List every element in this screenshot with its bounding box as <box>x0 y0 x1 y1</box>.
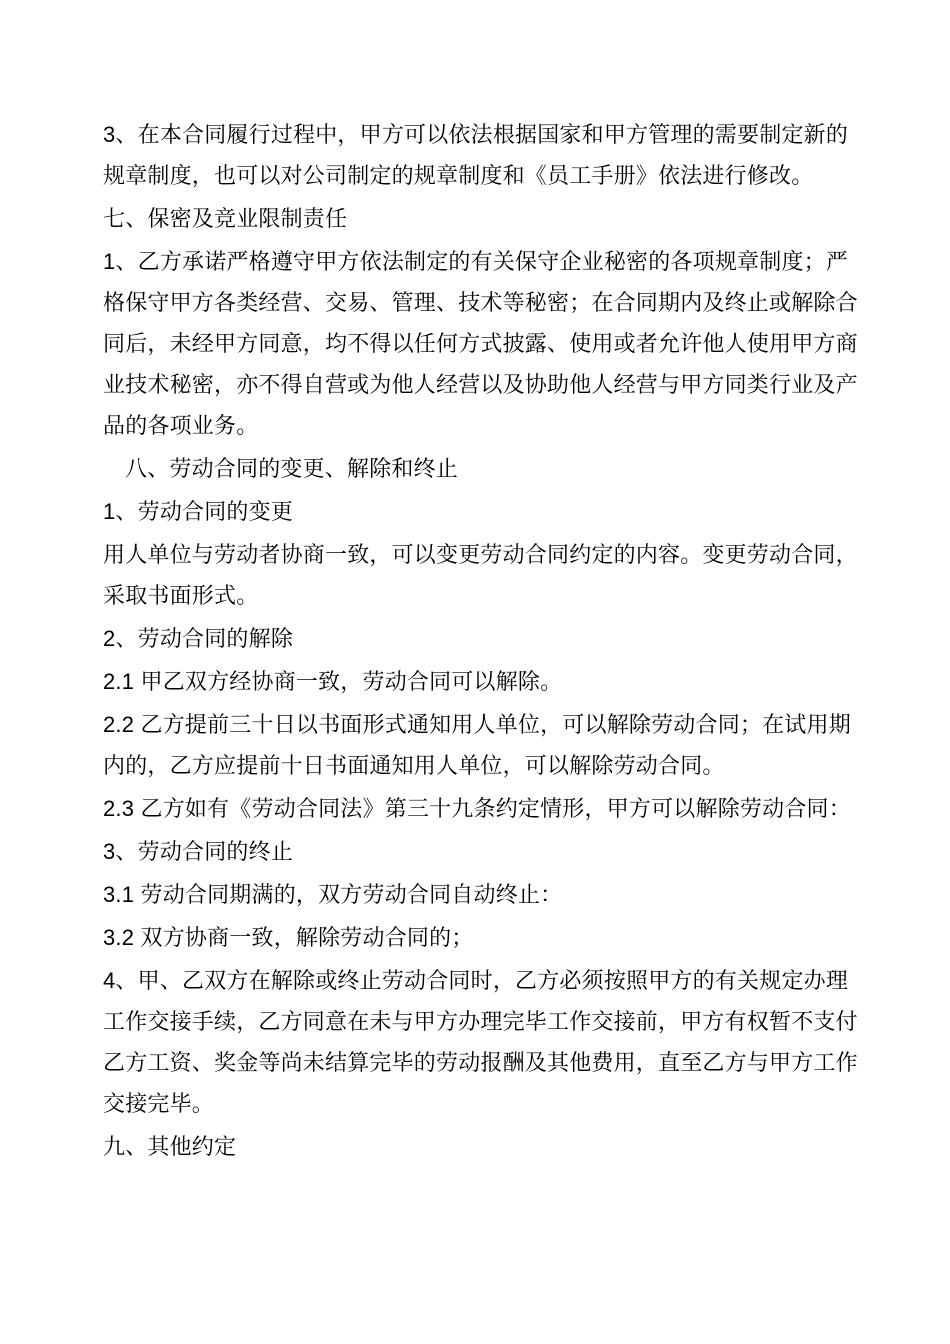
para-modification-written-form: 用人单位与劳动者协商一致，可以变更劳动合同约定的内容。变更劳动合同， 采取书面形… <box>103 534 879 616</box>
document-content: 3、在本合同履行过程中，甲方可以依法根据国家和甲方管理的需要制定新的 规章制度，… <box>103 114 879 1169</box>
clause-3-2-mutual-rescission: 3.2 双方协商一致，解除劳动合同的； <box>103 917 879 958</box>
heading-section-8-change-rescind-terminate: 八、劳动合同的变更、解除和终止 <box>103 448 879 489</box>
clause-1-confidentiality-obligation: 1、乙方承诺严格遵守甲方依法制定的有关保守企业秘密的各项规章制度；严 格保守甲方… <box>103 241 879 446</box>
heading-section-7-confidentiality: 七、保密及竞业限制责任 <box>103 198 879 239</box>
clause-2-contract-rescission: 2、劳动合同的解除 <box>103 618 879 659</box>
document-page: 3、在本合同履行过程中，甲方可以依法根据国家和甲方管理的需要制定新的 规章制度，… <box>0 0 950 1344</box>
clause-2-3-article-39: 2.3 乙方如有《劳动合同法》第三十九条约定情形，甲方可以解除劳动合同： <box>103 788 879 829</box>
clause-4-work-handover: 4、甲、乙双方在解除或终止劳动合同时，乙方必须按照甲方的有关规定办理 工作交接手… <box>103 960 879 1124</box>
clause-1-contract-modification: 1、劳动合同的变更 <box>103 491 879 532</box>
clause-2-2-notice-period: 2.2 乙方提前三十日以书面形式通知用人单位，可以解除劳动合同；在试用期 内的，… <box>103 704 879 786</box>
heading-section-9-other-agreements: 九、其他约定 <box>103 1126 879 1167</box>
clause-3-contract-termination: 3、劳动合同的终止 <box>103 831 879 872</box>
clause-2-1-mutual-agreement: 2.1 甲乙双方经协商一致，劳动合同可以解除。 <box>103 661 879 702</box>
clause-3-rules-amendment: 3、在本合同履行过程中，甲方可以依法根据国家和甲方管理的需要制定新的 规章制度，… <box>103 114 879 196</box>
clause-3-1-expiry: 3.1 劳动合同期满的，双方劳动合同自动终止： <box>103 874 879 915</box>
